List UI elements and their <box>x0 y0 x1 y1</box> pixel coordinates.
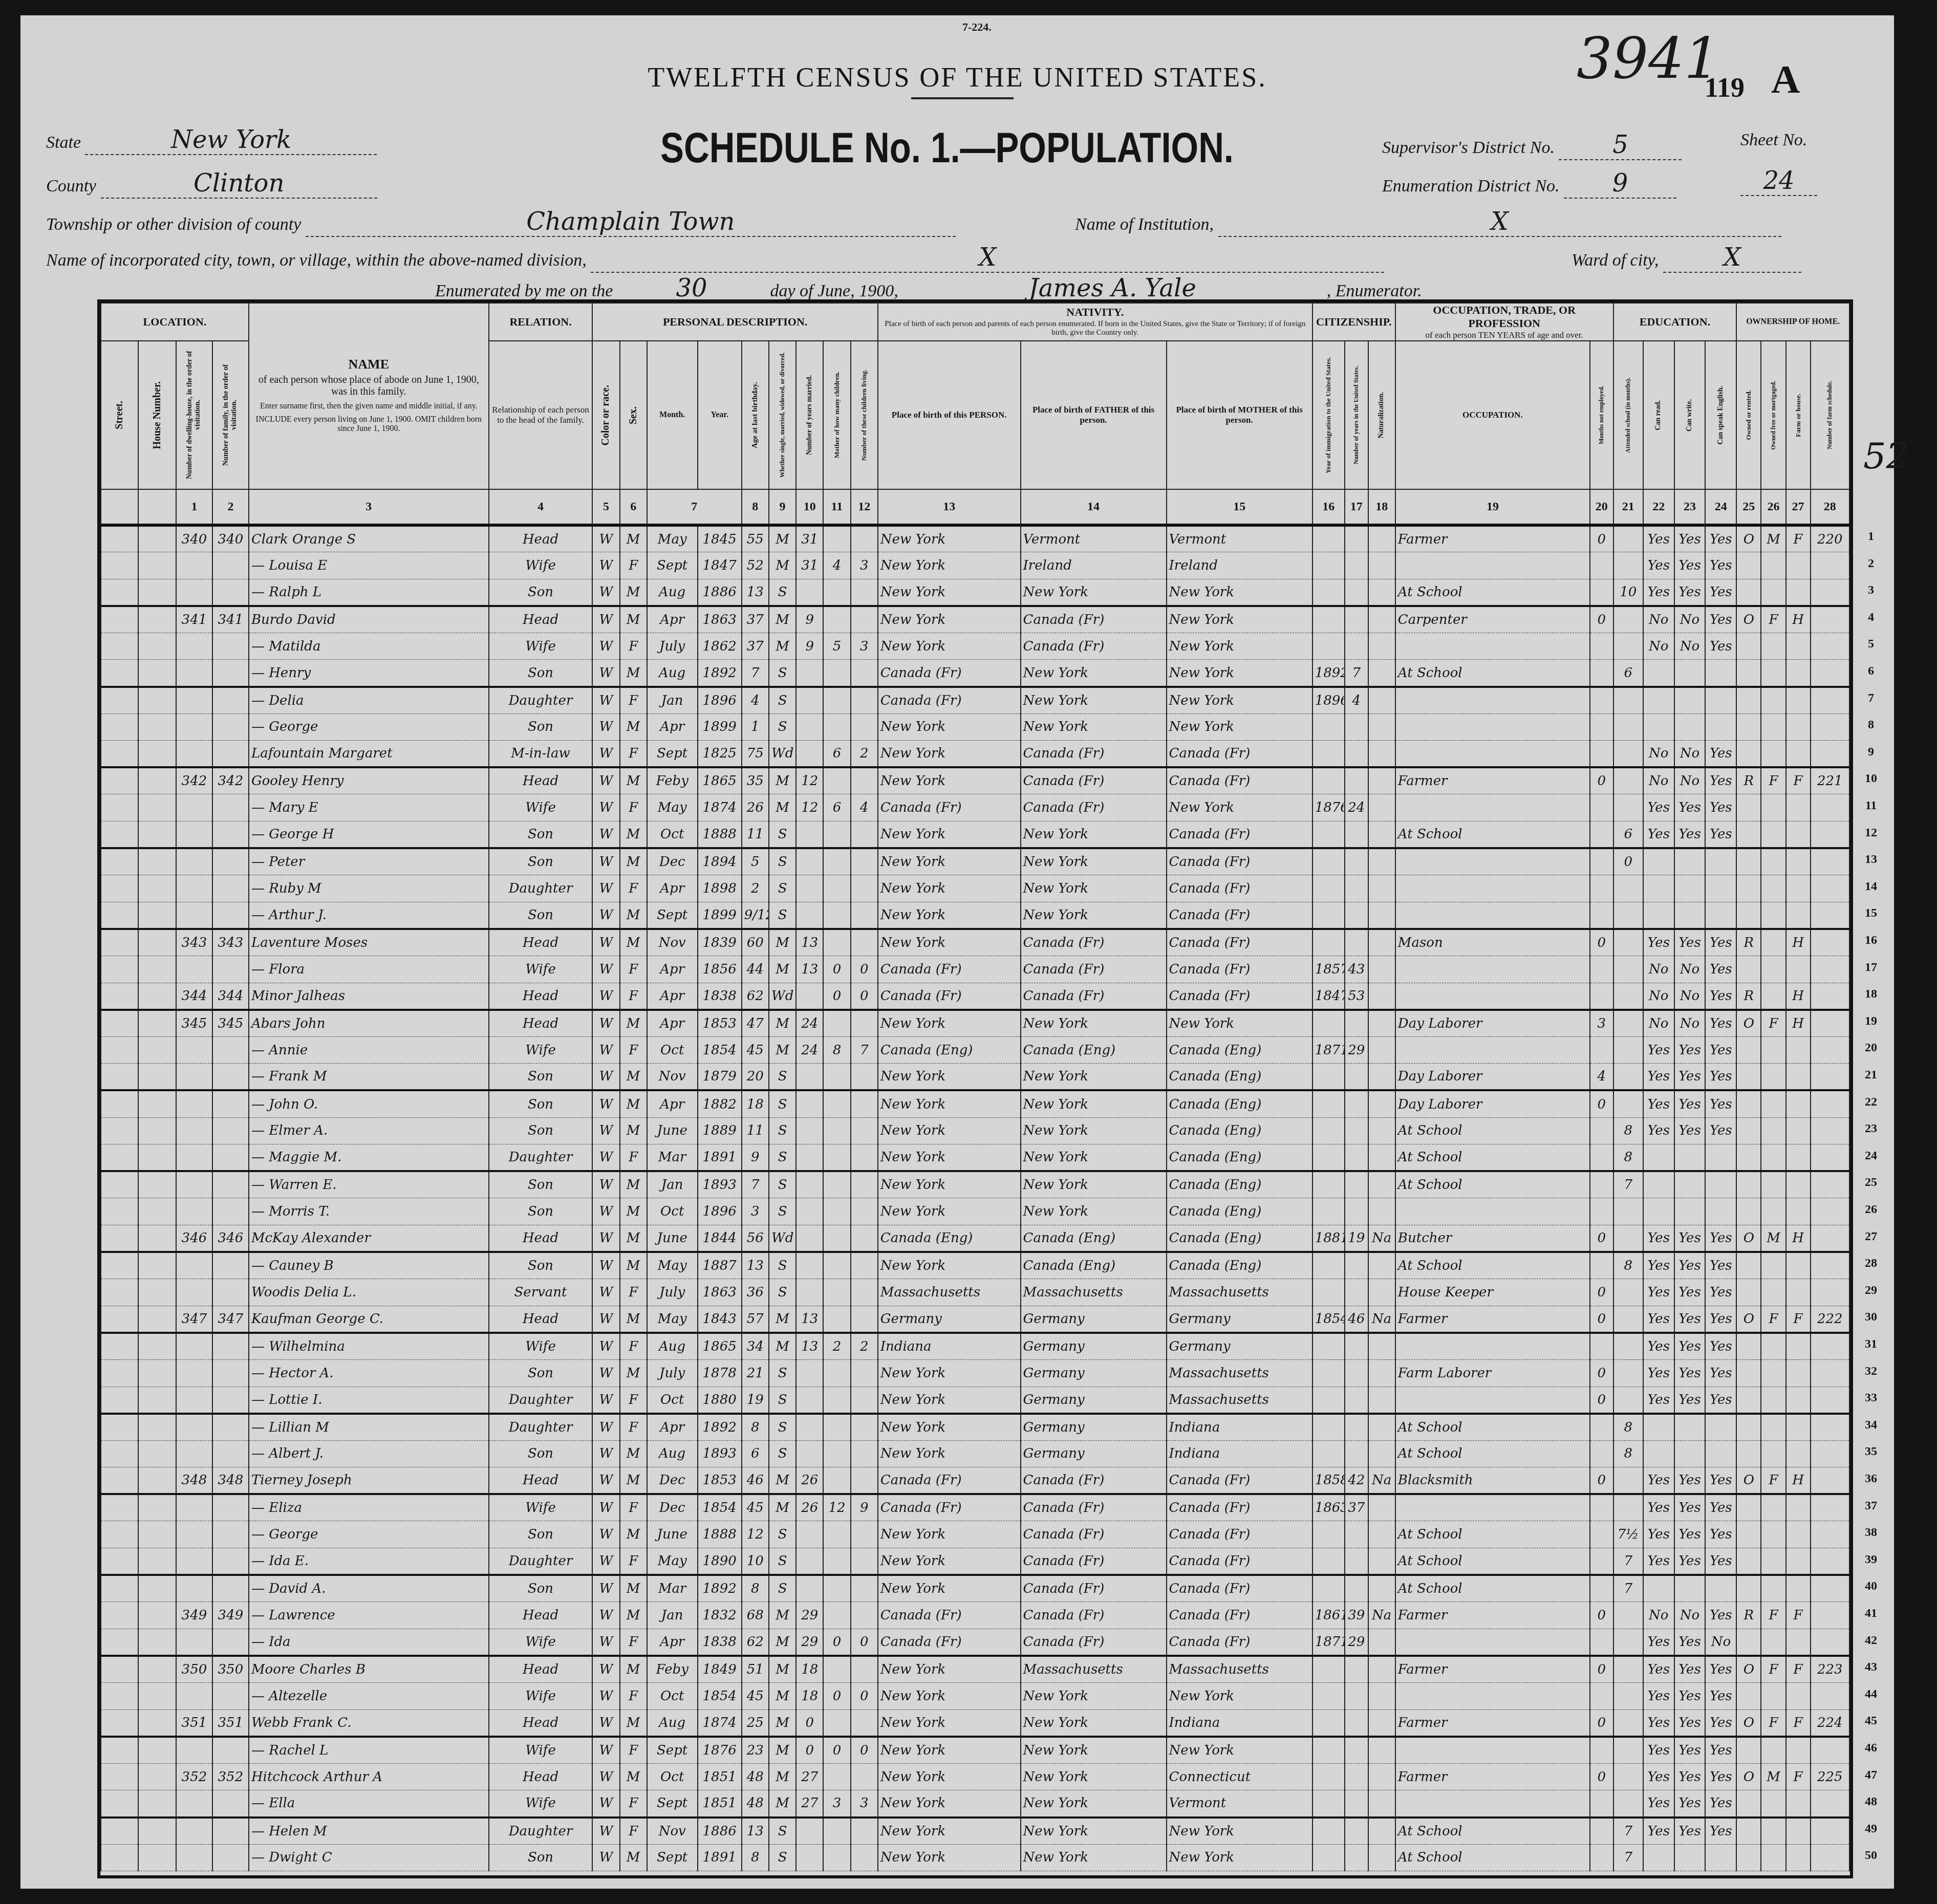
cell-fm2 <box>1761 741 1785 768</box>
cell-imm <box>1312 1359 1345 1387</box>
cell-rel: Head <box>489 525 593 552</box>
cell-mc <box>823 1010 850 1037</box>
cell-ym: 9 <box>796 633 823 660</box>
cell-color: W <box>592 875 619 902</box>
cell-name: — Arthur J. <box>249 902 489 929</box>
cell-fm2 <box>1761 1521 1785 1548</box>
cell-pob: Germany <box>878 1306 1021 1333</box>
cell-wr <box>1674 1575 1706 1602</box>
cell-mc <box>823 1359 850 1387</box>
cell-fpob: Canada (Eng) <box>1021 1252 1167 1279</box>
cell-color: W <box>592 1252 619 1279</box>
cell-yr: 1849 <box>698 1656 742 1683</box>
cell-fs <box>1811 713 1849 741</box>
cell-ym <box>796 741 823 768</box>
cell-yus <box>1345 713 1368 741</box>
cell-en: Yes <box>1705 1387 1736 1414</box>
cell-sex: M <box>620 1359 647 1387</box>
cell-pob: New York <box>878 848 1021 875</box>
cell-empty <box>138 525 176 552</box>
cell-own <box>1736 1548 1761 1575</box>
cell-fpob: Ireland <box>1021 552 1167 579</box>
cell-empty <box>101 1064 138 1091</box>
cell-age: 4 <box>742 687 769 714</box>
cell-name: — Matilda <box>249 633 489 660</box>
cell-empty <box>101 1036 138 1064</box>
cell-wr: Yes <box>1674 1359 1706 1387</box>
cell-mar: S <box>769 1548 796 1575</box>
cell-occ <box>1395 848 1590 875</box>
cell-unemp <box>1590 1144 1613 1172</box>
cell-rd: Yes <box>1643 1710 1674 1737</box>
cell-nat <box>1368 1548 1395 1575</box>
cell-mar: S <box>769 1171 796 1198</box>
cell-pob: New York <box>878 1090 1021 1117</box>
cell-en <box>1705 848 1736 875</box>
cell-sch <box>1613 713 1643 741</box>
cell-unemp <box>1590 1440 1613 1467</box>
cell-mar: S <box>769 1521 796 1548</box>
cell-occ <box>1395 741 1590 768</box>
cell-own <box>1736 875 1761 902</box>
cell-imm: 1876 <box>1312 794 1345 821</box>
cell-empty <box>138 1306 176 1333</box>
cell-dw: 349 <box>176 1602 212 1629</box>
cell-imm: 1847 <box>1312 983 1345 1010</box>
col-pob-father: Place of birth of FATHER of this person. <box>1021 341 1167 489</box>
cell-yus <box>1345 525 1368 552</box>
cell-wr <box>1674 1144 1706 1172</box>
col-color: Color or race. <box>592 341 619 489</box>
cell-fpob: Germany <box>1021 1440 1167 1467</box>
cell-fm <box>212 1252 249 1279</box>
cell-cl <box>851 687 878 714</box>
cell-pob: New York <box>878 1117 1021 1144</box>
cell-empty <box>138 1710 176 1737</box>
cell-age: 37 <box>742 633 769 660</box>
cell-sex: F <box>620 794 647 821</box>
cell-own <box>1736 1818 1761 1845</box>
cell-mo: May <box>647 1252 698 1279</box>
table-row: — Dwight CSonWMSept18918SNew YorkNew Yor… <box>101 1844 1849 1871</box>
cell-imm <box>1312 1548 1345 1575</box>
cell-fs <box>1811 902 1849 929</box>
cell-age: 9/12 <box>742 902 769 929</box>
cell-ym <box>796 1279 823 1306</box>
cell-en: Yes <box>1705 1333 1736 1360</box>
cell-pob: New York <box>878 929 1021 956</box>
row-number: 25 <box>1861 1176 1881 1189</box>
cell-mc: 8 <box>823 1036 850 1064</box>
cell-sch: 8 <box>1613 1252 1643 1279</box>
cell-dw <box>176 794 212 821</box>
cell-imm <box>1312 713 1345 741</box>
cell-fs <box>1811 1790 1849 1818</box>
cell-mpob: New York <box>1167 606 1312 633</box>
cell-fm2 <box>1761 1359 1785 1387</box>
table-row: 345345Abars JohnHeadWMApr185347M24New Yo… <box>101 1010 1849 1037</box>
cell-dw: 345 <box>176 1010 212 1037</box>
cell-sch: 7 <box>1613 1171 1643 1198</box>
cell-age: 20 <box>742 1064 769 1091</box>
cell-mar: M <box>769 1790 796 1818</box>
row-number: 11 <box>1861 799 1881 813</box>
cell-mpob: Massachusetts <box>1167 1656 1312 1683</box>
cell-nat <box>1368 1494 1395 1521</box>
cell-cl: 2 <box>851 1333 878 1360</box>
cell-name: — David A. <box>249 1575 489 1602</box>
cell-ym <box>796 1844 823 1871</box>
row-number: 42 <box>1861 1634 1881 1648</box>
cell-color: W <box>592 1359 619 1387</box>
cell-age: 48 <box>742 1763 769 1790</box>
cell-fh <box>1786 1090 1811 1117</box>
cell-occ: Farmer <box>1395 767 1590 794</box>
cell-mc <box>823 1064 850 1091</box>
cell-mo: Apr <box>647 1010 698 1037</box>
cell-yus: 37 <box>1345 1494 1368 1521</box>
cell-occ: At School <box>1395 579 1590 606</box>
cell-sex: F <box>620 1279 647 1306</box>
cell-dw <box>176 687 212 714</box>
cell-dw: 350 <box>176 1656 212 1683</box>
cell-mpob: New York <box>1167 1010 1312 1037</box>
cell-empty <box>138 983 176 1010</box>
cell-en: Yes <box>1705 956 1736 983</box>
row-number: 20 <box>1861 1041 1881 1055</box>
cell-pob: New York <box>878 525 1021 552</box>
cell-dw <box>176 741 212 768</box>
cell-dw: 348 <box>176 1467 212 1495</box>
cell-pob: New York <box>878 1171 1021 1198</box>
cell-sex: F <box>620 1629 647 1656</box>
cell-age: 26 <box>742 794 769 821</box>
cell-en: Yes <box>1705 1656 1736 1683</box>
cell-occ: At School <box>1395 1548 1590 1575</box>
cell-sch <box>1613 1036 1643 1064</box>
table-row: — GeorgeSonWMApr18991SNew YorkNew YorkNe… <box>101 713 1849 741</box>
cell-fm <box>212 1090 249 1117</box>
cell-fm <box>212 579 249 606</box>
cell-yr: 1851 <box>698 1763 742 1790</box>
group-ownership: OWNERSHIP OF HOME. <box>1736 303 1849 341</box>
cell-occ <box>1395 1494 1590 1521</box>
cell-fm2 <box>1761 956 1785 983</box>
cell-fh <box>1786 1494 1811 1521</box>
cell-cl: 0 <box>851 1683 878 1710</box>
cell-cl <box>851 1844 878 1871</box>
cell-age: 8 <box>742 1414 769 1441</box>
cell-occ <box>1395 902 1590 929</box>
cell-cl <box>851 1818 878 1845</box>
cell-yus <box>1345 1333 1368 1360</box>
cell-fpob: New York <box>1021 1790 1167 1818</box>
cell-mar: S <box>769 848 796 875</box>
cell-mar: Wd <box>769 983 796 1010</box>
cell-fm <box>212 687 249 714</box>
cell-rel: Daughter <box>489 1144 593 1172</box>
cell-fpob: New York <box>1021 1198 1167 1225</box>
cell-own <box>1736 1440 1761 1467</box>
cell-name: — Altezelle <box>249 1683 489 1710</box>
cell-mar: S <box>769 1144 796 1172</box>
cell-name: — Mary E <box>249 794 489 821</box>
cell-ym: 27 <box>796 1790 823 1818</box>
cell-fm2 <box>1761 1064 1785 1091</box>
cell-en: Yes <box>1705 1090 1736 1117</box>
cell-fpob: Canada (Fr) <box>1021 1548 1167 1575</box>
cell-en <box>1705 1198 1736 1225</box>
cell-yr: 1896 <box>698 687 742 714</box>
cell-color: W <box>592 1818 619 1845</box>
cell-fh <box>1786 1575 1811 1602</box>
cell-fs <box>1811 1064 1849 1091</box>
cell-dw <box>176 956 212 983</box>
cell-sex: M <box>620 525 647 552</box>
cell-empty <box>138 1818 176 1845</box>
supervisor-field: Supervisor's District No. 5 <box>1382 131 1682 160</box>
cell-mo: Oct <box>647 1036 698 1064</box>
cell-fm <box>212 1575 249 1602</box>
cell-rel: Head <box>489 1010 593 1037</box>
cell-dw <box>176 1333 212 1360</box>
township-value: Champlain Town <box>306 207 956 237</box>
cell-en: Yes <box>1705 794 1736 821</box>
cell-dw <box>176 1279 212 1306</box>
cell-sex: F <box>620 741 647 768</box>
cell-ym: 31 <box>796 552 823 579</box>
cell-sex: F <box>620 552 647 579</box>
table-row: — Ralph LSonWMAug188613SNew YorkNew York… <box>101 579 1849 606</box>
cell-mpob: New York <box>1167 1737 1312 1764</box>
cell-fm2 <box>1761 579 1785 606</box>
cell-fm: 349 <box>212 1602 249 1629</box>
cell-imm: 1881 <box>1312 1225 1345 1252</box>
cell-age: 46 <box>742 1467 769 1495</box>
cell-dw <box>176 1629 212 1656</box>
cell-sex: M <box>620 606 647 633</box>
cell-mc <box>823 1225 850 1252</box>
cell-en: Yes <box>1705 1683 1736 1710</box>
cell-nat <box>1368 1790 1395 1818</box>
cell-rel: Son <box>489 1521 593 1548</box>
cell-occ: At School <box>1395 1117 1590 1144</box>
cell-fm <box>212 902 249 929</box>
cell-mpob: New York <box>1167 687 1312 714</box>
cell-ym: 0 <box>796 1737 823 1764</box>
cell-occ: Farmer <box>1395 1306 1590 1333</box>
cell-ym <box>796 1359 823 1387</box>
cell-sex: F <box>620 1737 647 1764</box>
col-street: Street. <box>101 341 138 489</box>
cell-name: — Rachel L <box>249 1737 489 1764</box>
row-number: 6 <box>1861 664 1881 678</box>
row-number: 21 <box>1861 1068 1881 1082</box>
row-number: 1 <box>1861 530 1881 544</box>
cell-en <box>1705 902 1736 929</box>
cell-cl <box>851 1252 878 1279</box>
cell-occ <box>1395 1198 1590 1225</box>
table-row: 347347Kaufman George C.HeadWMMay184357M1… <box>101 1306 1849 1333</box>
cell-fpob: New York <box>1021 1710 1167 1737</box>
cell-rel: Head <box>489 929 593 956</box>
cell-own <box>1736 1359 1761 1387</box>
row-number: 44 <box>1861 1687 1881 1701</box>
cell-mpob: Canada (Fr) <box>1167 848 1312 875</box>
cell-mar: M <box>769 1710 796 1737</box>
cell-age: 10 <box>742 1548 769 1575</box>
cell-imm <box>1312 1144 1345 1172</box>
cell-cl: 9 <box>851 1494 878 1521</box>
cell-mar: M <box>769 606 796 633</box>
cell-rd: No <box>1643 983 1674 1010</box>
cell-color: W <box>592 1333 619 1360</box>
cell-empty <box>101 1575 138 1602</box>
cell-mpob: Canada (Eng) <box>1167 1252 1312 1279</box>
cell-ym <box>796 713 823 741</box>
row-number: 3 <box>1861 583 1881 597</box>
cell-occ <box>1395 713 1590 741</box>
cell-fm <box>212 1629 249 1656</box>
cell-fh <box>1786 1359 1811 1387</box>
table-row: — DeliaDaughterWFJan18964SCanada (Fr)New… <box>101 687 1849 714</box>
row-number: 26 <box>1861 1203 1881 1217</box>
cell-pob: New York <box>878 1521 1021 1548</box>
table-row: — Elmer A.SonWMJune188911SNew YorkNew Yo… <box>101 1117 1849 1144</box>
cell-imm <box>1312 1763 1345 1790</box>
cell-fm <box>212 821 249 849</box>
cell-mo: Apr <box>647 713 698 741</box>
cell-yus <box>1345 1818 1368 1845</box>
cell-empty <box>138 902 176 929</box>
ward-value: X <box>1663 243 1801 273</box>
cell-mo: Sept <box>647 1790 698 1818</box>
cell-nat <box>1368 1629 1395 1656</box>
cell-color: W <box>592 1306 619 1333</box>
cell-yus <box>1345 1656 1368 1683</box>
col-house: House Number. <box>138 341 176 489</box>
cell-yr: 1863 <box>698 606 742 633</box>
cell-mc <box>823 579 850 606</box>
cell-sch <box>1613 741 1643 768</box>
col-farm-schedule: Number of farm schedule. <box>1811 341 1849 489</box>
cell-unemp <box>1590 741 1613 768</box>
cell-mc <box>823 767 850 794</box>
cell-yr: 1893 <box>698 1440 742 1467</box>
cell-empty <box>138 1333 176 1360</box>
cell-fm2 <box>1761 1683 1785 1710</box>
cell-en: Yes <box>1705 1737 1736 1764</box>
cell-fs <box>1811 794 1849 821</box>
cell-nat <box>1368 929 1395 956</box>
cell-mc <box>823 1818 850 1845</box>
group-occupation: OCCUPATION, TRADE, OR PROFESSION of each… <box>1395 303 1613 341</box>
cell-empty <box>101 1737 138 1764</box>
cell-dw <box>176 1844 212 1871</box>
cell-fs: 221 <box>1811 767 1849 794</box>
cell-fs <box>1811 552 1849 579</box>
cell-name: — Annie <box>249 1036 489 1064</box>
table-row: — EllaWifeWFSept185148M2733New YorkNew Y… <box>101 1790 1849 1818</box>
cell-fm: 344 <box>212 983 249 1010</box>
cell-nat: Na <box>1368 1602 1395 1629</box>
cell-own <box>1736 579 1761 606</box>
cell-name: — George <box>249 1521 489 1548</box>
cell-dw <box>176 1387 212 1414</box>
cell-pob: New York <box>878 1790 1021 1818</box>
cell-mc <box>823 1548 850 1575</box>
cell-yr: 1886 <box>698 1818 742 1845</box>
cell-unemp: 0 <box>1590 1306 1613 1333</box>
cell-yr: 1847 <box>698 552 742 579</box>
cell-yus <box>1345 1279 1368 1306</box>
cell-pob: New York <box>878 741 1021 768</box>
cell-yr: 1854 <box>698 1036 742 1064</box>
cell-fpob: Canada (Fr) <box>1021 1467 1167 1495</box>
cell-rel: Head <box>489 1656 593 1683</box>
row-number: 4 <box>1861 611 1881 624</box>
cell-fpob: New York <box>1021 687 1167 714</box>
table-row: 346346McKay AlexanderHeadWMJune184456WdC… <box>101 1225 1849 1252</box>
cell-fm2 <box>1761 821 1785 849</box>
cell-cl <box>851 1144 878 1172</box>
cell-imm: 1871 <box>1312 1629 1345 1656</box>
cell-imm <box>1312 1333 1345 1360</box>
cell-fs <box>1811 1737 1849 1764</box>
cell-age: 36 <box>742 1279 769 1306</box>
cell-sex: M <box>620 821 647 849</box>
cell-yus: 39 <box>1345 1602 1368 1629</box>
cell-empty <box>138 713 176 741</box>
cell-yus: 29 <box>1345 1036 1368 1064</box>
enumeration-value: 9 <box>1564 169 1676 199</box>
cell-fh: H <box>1786 606 1811 633</box>
cell-sch <box>1613 1333 1643 1360</box>
cell-cl <box>851 1656 878 1683</box>
table-row: — Albert J.SonWMAug18936SNew YorkGermany… <box>101 1440 1849 1467</box>
cell-sch <box>1613 1629 1643 1656</box>
cell-imm <box>1312 606 1345 633</box>
cell-empty <box>101 1763 138 1790</box>
cell-mo: Aug <box>647 660 698 687</box>
cell-wr: No <box>1674 767 1706 794</box>
cell-name: — Eliza <box>249 1494 489 1521</box>
col-month: Month. <box>647 341 698 489</box>
cell-fm <box>212 848 249 875</box>
cell-ym <box>796 1117 823 1144</box>
cell-empty <box>101 1790 138 1818</box>
cell-age: 12 <box>742 1521 769 1548</box>
cell-mc <box>823 929 850 956</box>
cell-sex: F <box>620 687 647 714</box>
row-number: 16 <box>1861 934 1881 947</box>
cell-mpob: Canada (Eng) <box>1167 1117 1312 1144</box>
cell-imm <box>1312 1010 1345 1037</box>
cell-en: Yes <box>1705 741 1736 768</box>
cell-rel: Head <box>489 983 593 1010</box>
cell-age: 48 <box>742 1790 769 1818</box>
cell-fm2: F <box>1761 1656 1785 1683</box>
cell-en: Yes <box>1705 1494 1736 1521</box>
cell-sch <box>1613 1064 1643 1091</box>
cell-occ <box>1395 1737 1590 1764</box>
table-row: — WilhelminaWifeWFAug186534M1322IndianaG… <box>101 1333 1849 1360</box>
cell-mo: Feby <box>647 1656 698 1683</box>
cell-unemp <box>1590 633 1613 660</box>
cell-unemp <box>1590 1494 1613 1521</box>
cell-fh <box>1786 1548 1811 1575</box>
cell-cl <box>851 579 878 606</box>
